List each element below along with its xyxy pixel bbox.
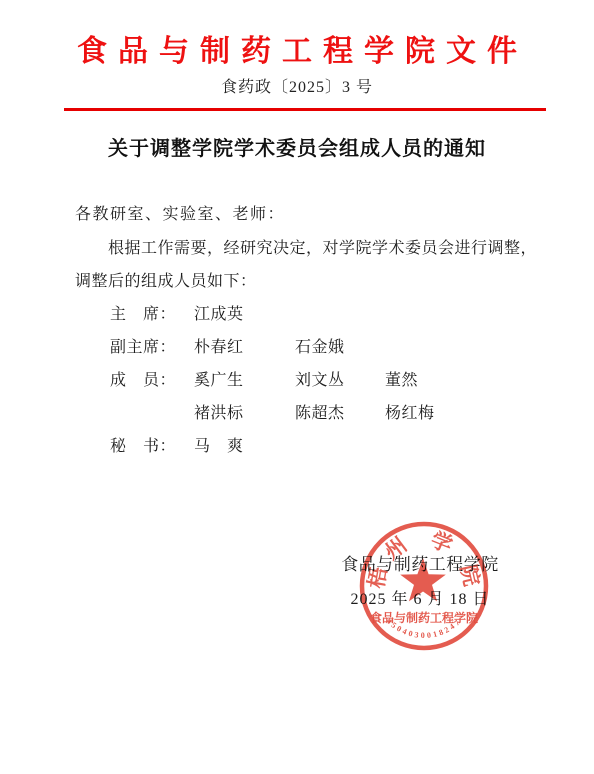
seal-arc-char: 梧: [364, 565, 391, 590]
role-label: 主 席：: [110, 301, 194, 324]
seal-arc-char: 院: [456, 562, 484, 588]
notice-title: 关于调整学院学术委员会组成人员的通知: [0, 132, 594, 161]
role-label: 秘 书：: [110, 433, 194, 456]
document-page: 食品与制药工程学院文件 食药政〔2025〕3 号 关于调整学院学术委员会组成人员…: [0, 0, 594, 774]
roster-row-members-1: 成 员： 奚广生 刘文丛 董然: [110, 367, 435, 400]
member-name: 刘文丛: [295, 367, 385, 390]
body-paragraph-line-2: 调整后的组成人员如下：: [75, 268, 257, 291]
red-divider-line: [64, 108, 546, 111]
roster-row-vice-chairman: 副主席： 朴春红 石金娥: [110, 334, 435, 367]
member-name: 石金娥: [295, 334, 385, 357]
roster-row-members-2: 褚洪标 陈超杰 杨红梅: [110, 400, 435, 433]
committee-roster: 主 席： 江成英 副主席： 朴春红 石金娥 成 员： 奚广生 刘文丛 董然 褚洪…: [110, 301, 435, 466]
member-name: 杨红梅: [385, 400, 435, 423]
addressee-line: 各教研室、实验室、老师：: [75, 201, 285, 224]
member-name: 褚洪标: [194, 400, 295, 423]
letterhead-title: 食品与制药工程学院文件: [0, 26, 594, 70]
roster-row-secretary: 秘 书： 马 爽: [110, 433, 435, 466]
member-name: 马 爽: [194, 433, 295, 456]
body-paragraph-line-1: 根据工作需要，经研究决定，对学院学术委员会进行调整，: [75, 235, 537, 258]
roster-row-chairman: 主 席： 江成英: [110, 301, 435, 334]
document-number: 食药政〔2025〕3 号: [0, 74, 594, 97]
member-name: 奚广生: [194, 367, 295, 390]
member-name: 董然: [385, 367, 418, 390]
role-label: 副主席：: [110, 334, 194, 357]
official-seal: 梧 州 学 院 食品与制药工程学院 4504030018247: [334, 496, 514, 676]
role-label: 成 员：: [110, 367, 194, 390]
member-name: 陈超杰: [295, 400, 385, 423]
member-name: 江成英: [194, 301, 295, 324]
seal-star-icon: [400, 558, 446, 601]
member-name: 朴春红: [194, 334, 295, 357]
